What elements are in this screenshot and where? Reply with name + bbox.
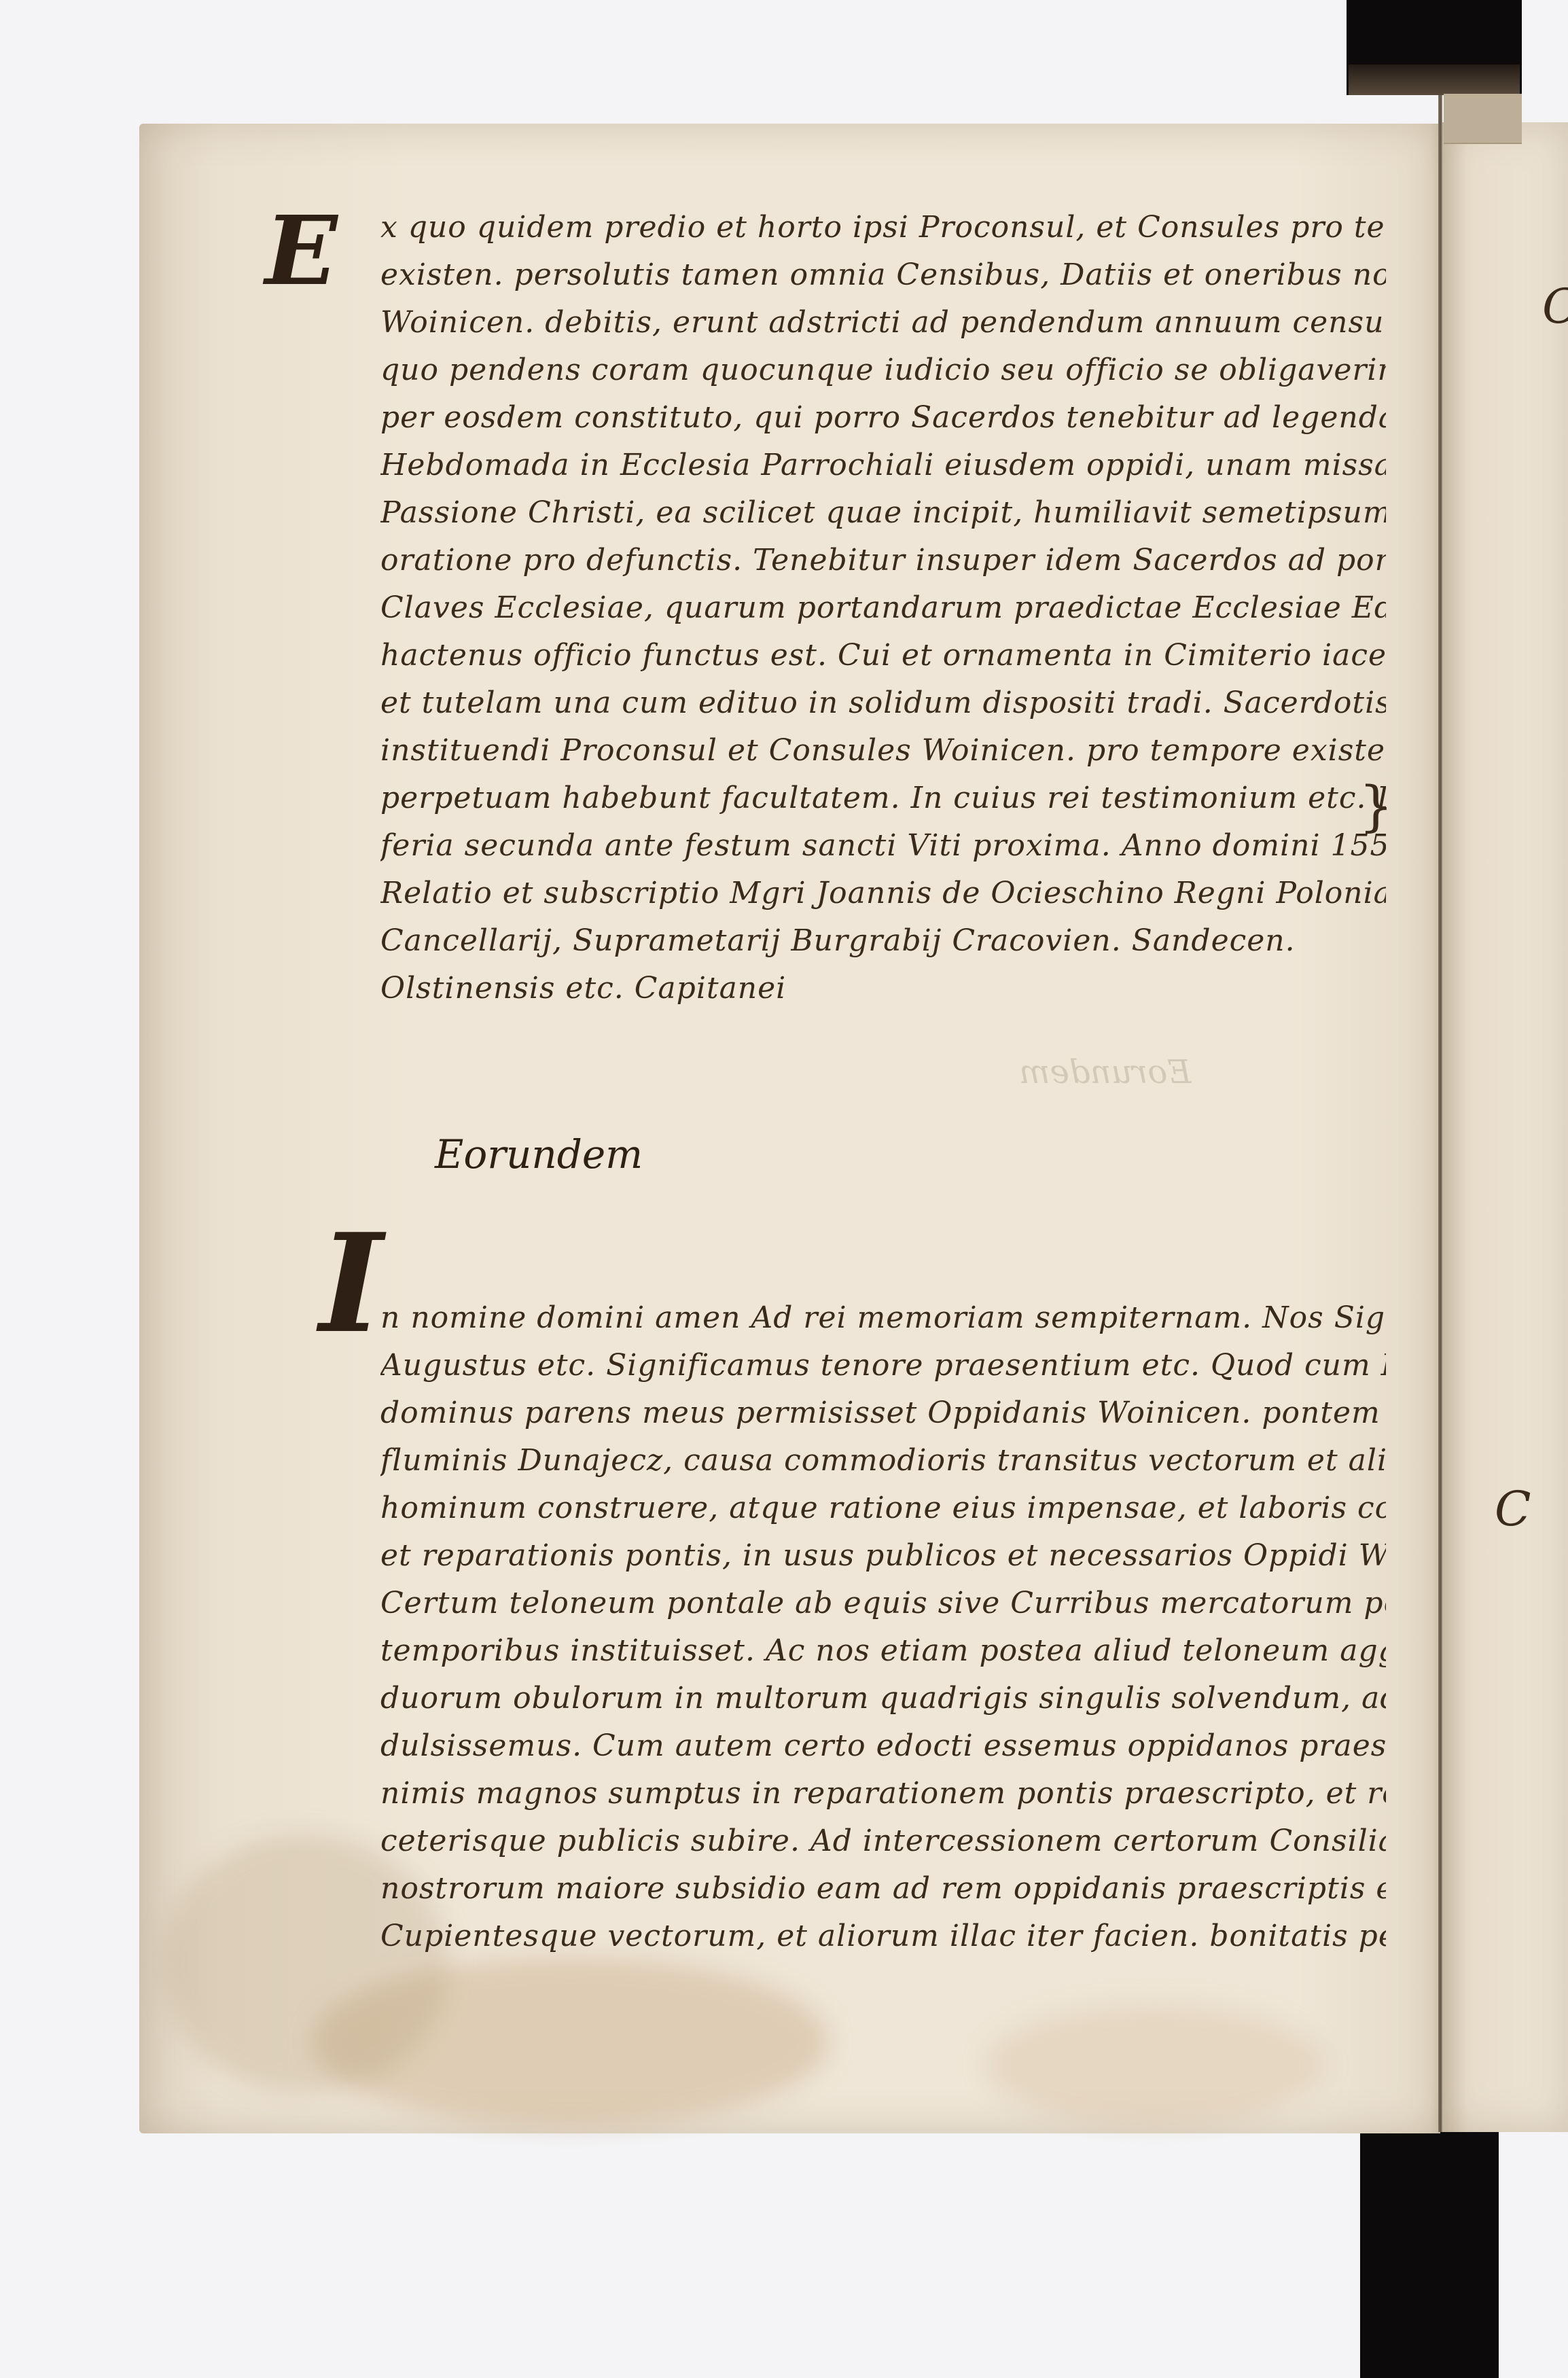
manuscript-line: nimis magnos sumptus in reparationem pon… [380, 1770, 1386, 1817]
manuscript-line: Cupientesque vectorum, et aliorum illac … [380, 1913, 1386, 1960]
mount-tab-residue [1349, 65, 1520, 95]
manuscript-line: quo pendens coram quocunque iudicio seu … [380, 347, 1386, 394]
manuscript-line: ceterisque publicis subire. Ad intercess… [380, 1817, 1386, 1865]
manuscript-line: dominus parens meus permisisset Oppidani… [380, 1389, 1386, 1437]
manuscript-line: existen. persolutis tamen omnia Censibus… [380, 251, 1386, 299]
manuscript-line: Hebdomada in Ecclesia Parrochiali eiusde… [380, 442, 1386, 489]
margin-bracket-mark: } [1359, 775, 1393, 838]
decorated-initial-e: E [265, 204, 338, 299]
manuscript-line: Relatio et subscriptio Mgri Joannis de O… [380, 870, 1386, 917]
manuscript-line: Augustus etc. Significamus tenore praese… [380, 1342, 1386, 1389]
manuscript-line: hactenus officio functus est. Cui et orn… [380, 632, 1386, 679]
mount-tab-bottom [1360, 2130, 1499, 2378]
manuscript-line: instituendi Proconsul et Consules Woinic… [380, 727, 1386, 775]
decorated-initial-i: I [319, 1216, 383, 1352]
manuscript-line: temporibus instituisset. Ac nos etiam po… [380, 1627, 1386, 1675]
charter-text-block-1: x quo quidem predio et horto ipsi Procon… [380, 204, 1386, 1012]
manuscript-line: Woinicen. debitis, erunt adstricti ad pe… [380, 299, 1386, 347]
manuscript-line: nostrorum maiore subsidio eam ad rem opp… [380, 1865, 1386, 1913]
manuscript-line: n nomine domini amen Ad rei memoriam sem… [380, 1294, 1386, 1342]
manuscript-line: Cancellarij, Suprametarij Burgrabij Crac… [380, 917, 1386, 965]
manuscript-line: fluminis Dunajecz, causa commodioris tra… [380, 1437, 1386, 1485]
manuscript-line: dulsissemus. Cum autem certo edocti esse… [380, 1722, 1386, 1770]
manuscript-line: oratione pro defunctis. Tenebitur insupe… [380, 537, 1386, 584]
manuscript-line: hominum construere, atque ratione eius i… [380, 1485, 1386, 1532]
manuscript-line: Passione Christi, ea scilicet quae incip… [380, 489, 1386, 537]
manuscript-line: duorum obulorum in multorum quadrigis si… [380, 1675, 1386, 1722]
manuscript-line: per eosdem constituto, qui porro Sacerdo… [380, 394, 1386, 442]
manuscript-line: perpetuam habebunt facultatem. In cuius … [380, 775, 1386, 822]
manuscript-line: Certum teloneum pontale ab equis sive Cu… [380, 1580, 1386, 1627]
right-manuscript-page-edge [1440, 122, 1568, 2132]
manuscript-line: et reparationis pontis, in usus publicos… [380, 1532, 1386, 1580]
manuscript-line: Claves Ecclesiae, quarum portandarum pra… [380, 584, 1386, 632]
manuscript-line: Olstinensis etc. Capitanei [380, 965, 1386, 1012]
section-heading: Eorundem [435, 1131, 643, 1177]
charter-text-block-2: n nomine domini amen Ad rei memoriam sem… [380, 1294, 1386, 1960]
manuscript-line: et tutelam una cum edituo in solidum dis… [380, 679, 1386, 727]
ink-show-through: Eorundem [1019, 1053, 1191, 1091]
manuscript-line: x quo quidem predio et horto ipsi Procon… [380, 204, 1386, 251]
water-stain [985, 2004, 1325, 2127]
right-page-letter-fragment: C [1542, 279, 1568, 334]
torn-page-corner [1444, 94, 1522, 144]
right-page-letter-fragment: C [1495, 1481, 1531, 1537]
binding-gutter [1438, 95, 1442, 2132]
manuscript-line: feria secunda ante festum sancti Viti pr… [380, 822, 1386, 870]
